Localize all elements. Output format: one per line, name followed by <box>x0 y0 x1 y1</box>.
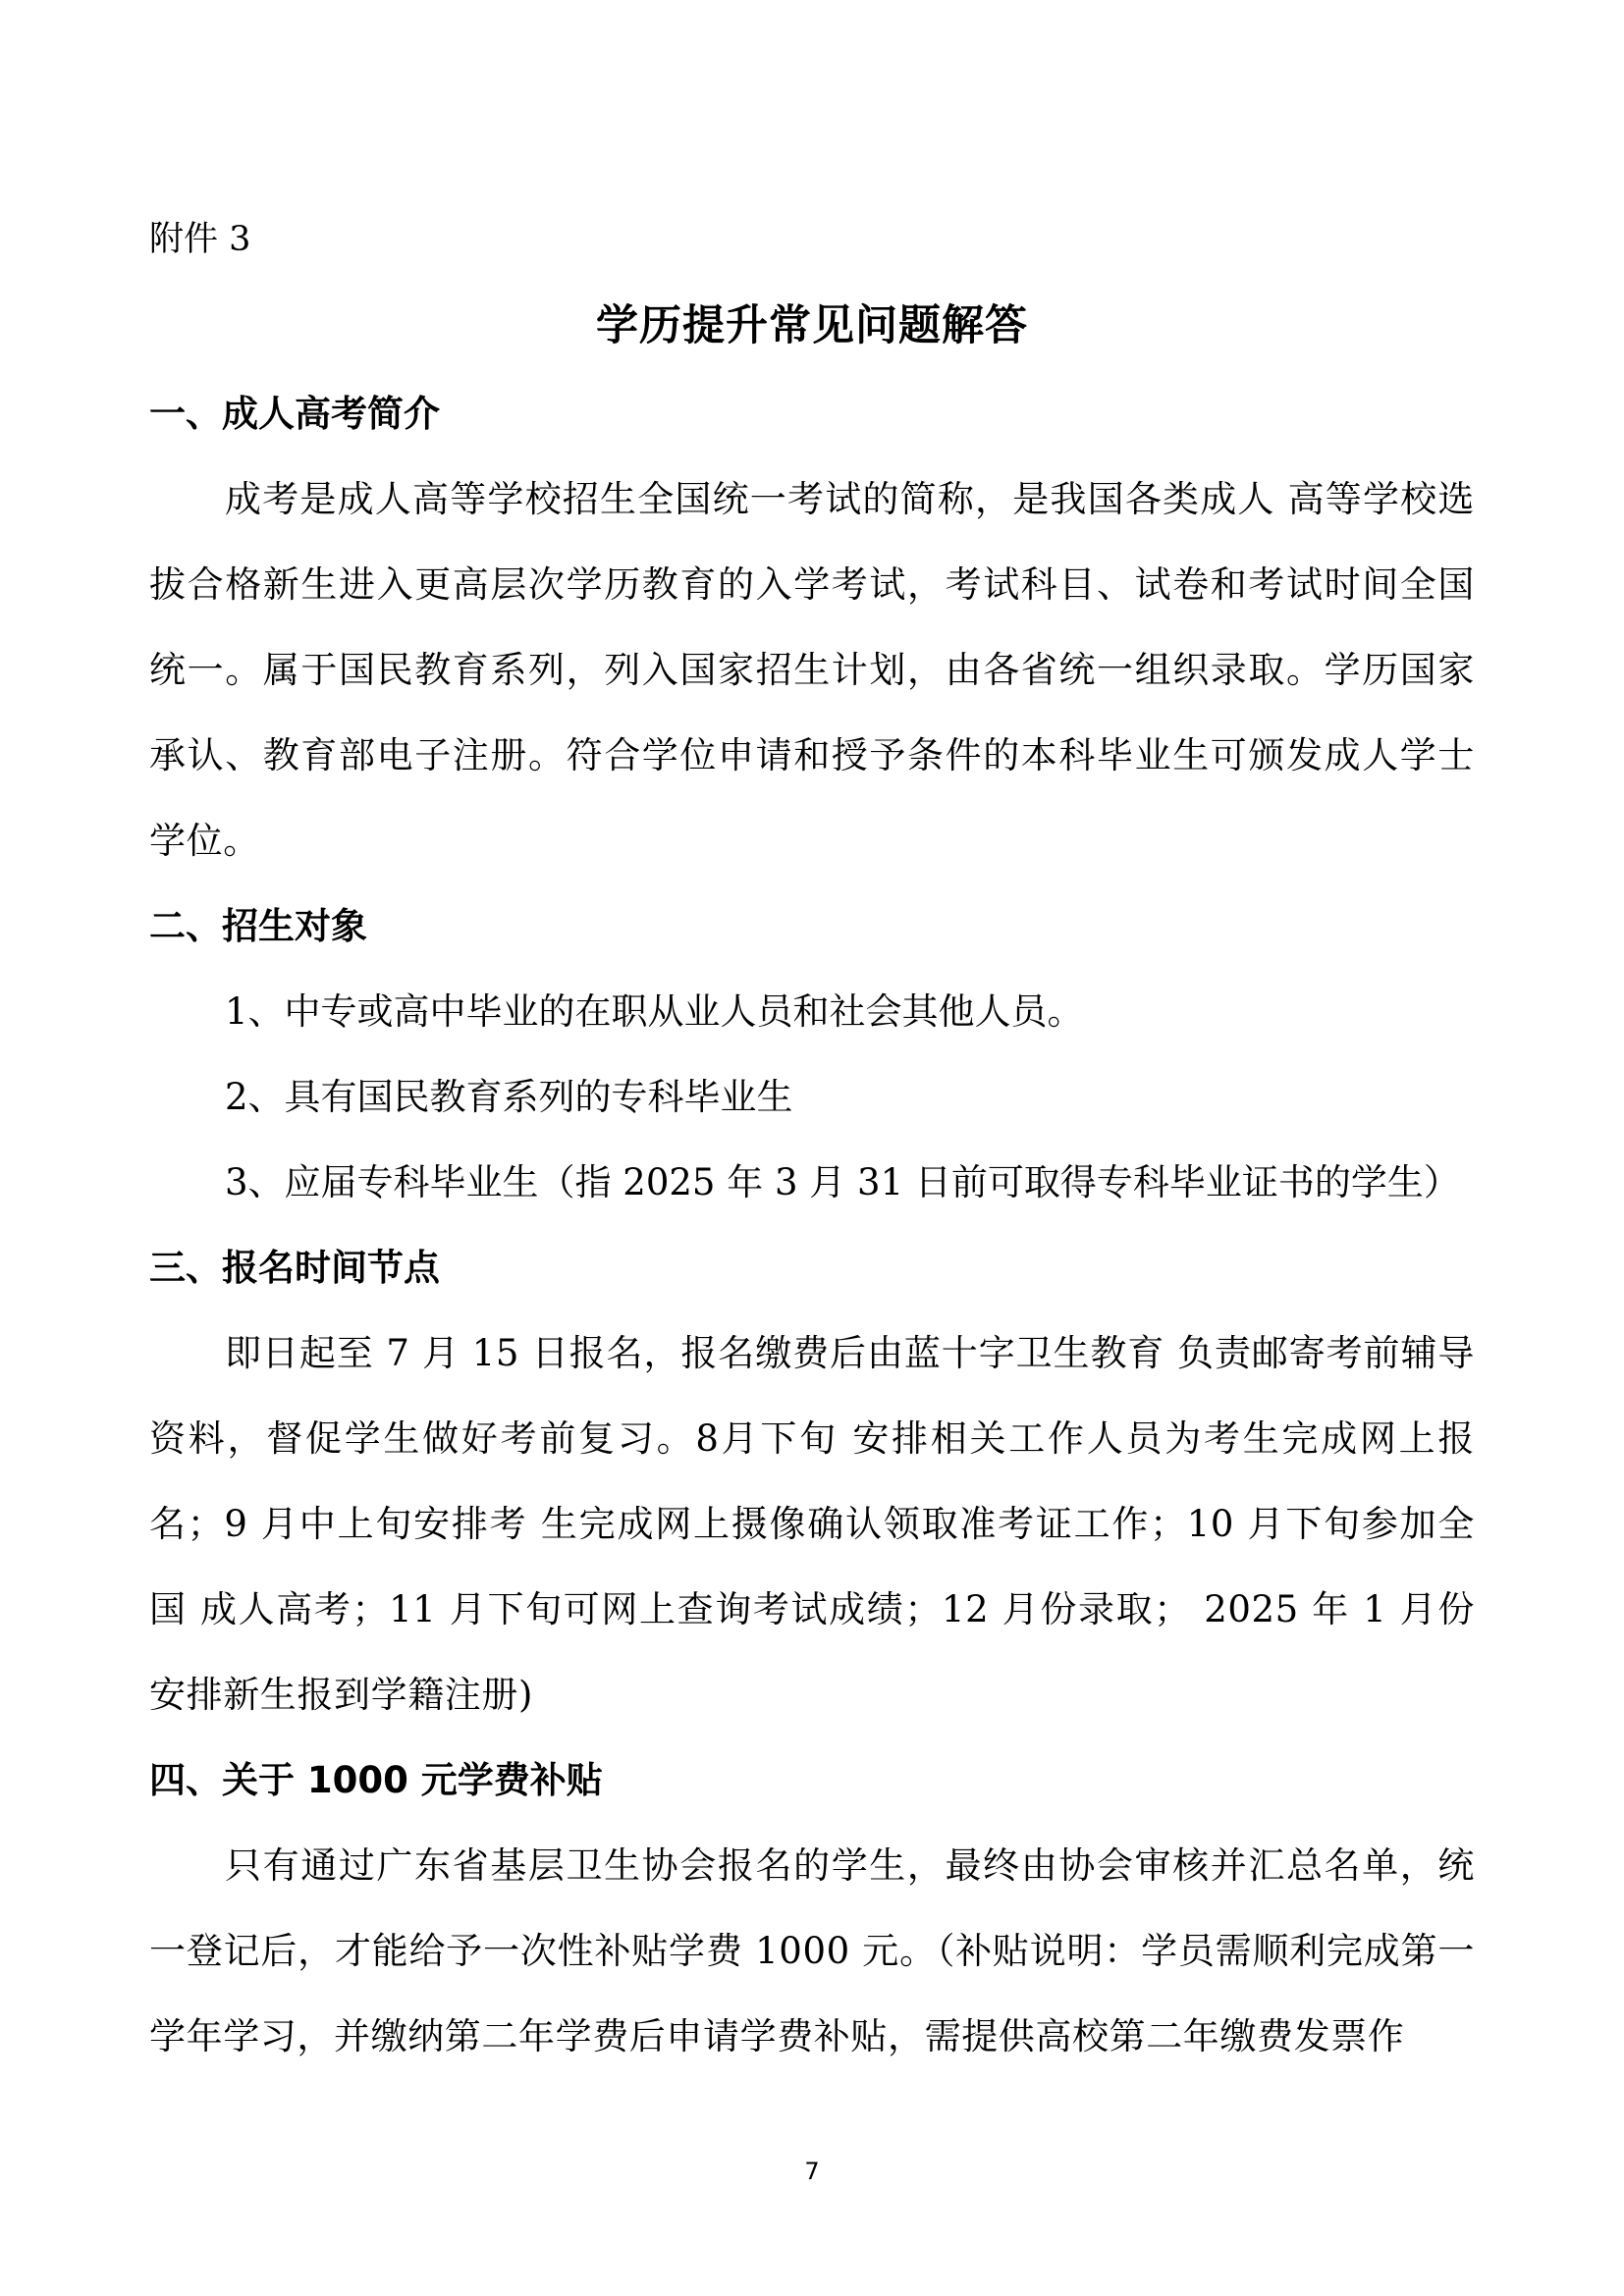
document-body: 一、成人高考简介 成考是成人高等学校招生全国统一考试的简称，是我国各类成人 高等… <box>149 371 1475 2079</box>
list-item: 2、具有国民教育系列的专科毕业生 <box>149 1054 1475 1140</box>
list-item: 3、应届专科毕业生（指 2025 年 3 月 31 日前可取得专科毕业证书的学生… <box>149 1140 1475 1225</box>
section-paragraph: 成考是成人高等学校招生全国统一考试的简称，是我国各类成人 高等学校选拔合格新生进… <box>149 456 1475 883</box>
page-number: 7 <box>0 2158 1624 2185</box>
section-tuition-subsidy: 四、关于 1000 元学费补贴 只有通过广东省基层卫生协会报名的学生，最终由协会… <box>149 1737 1475 2079</box>
section-paragraph: 只有通过广东省基层卫生协会报名的学生，最终由协会审核并汇总名单，统一登记后，才能… <box>149 1823 1475 2079</box>
section-heading: 四、关于 1000 元学费补贴 <box>149 1737 1475 1823</box>
list-item: 1、中专或高中毕业的在职从业人员和社会其他人员。 <box>149 969 1475 1054</box>
section-enrollment-targets: 二、招生对象 1、中专或高中毕业的在职从业人员和社会其他人员。 2、具有国民教育… <box>149 883 1475 1225</box>
section-heading: 二、招生对象 <box>149 883 1475 969</box>
section-registration-timeline: 三、报名时间节点 即日起至 7 月 15 日报名，报名缴费后由蓝十字卫生教育 负… <box>149 1225 1475 1737</box>
section-intro: 一、成人高考简介 成考是成人高等学校招生全国统一考试的简称，是我国各类成人 高等… <box>149 371 1475 883</box>
section-heading: 一、成人高考简介 <box>149 371 1475 456</box>
section-paragraph: 即日起至 7 月 15 日报名，报名缴费后由蓝十字卫生教育 负责邮寄考前辅导资料… <box>149 1310 1475 1737</box>
document-title: 学历提升常见问题解答 <box>149 296 1475 355</box>
attachment-label: 附件 3 <box>149 218 250 261</box>
section-heading: 三、报名时间节点 <box>149 1225 1475 1310</box>
